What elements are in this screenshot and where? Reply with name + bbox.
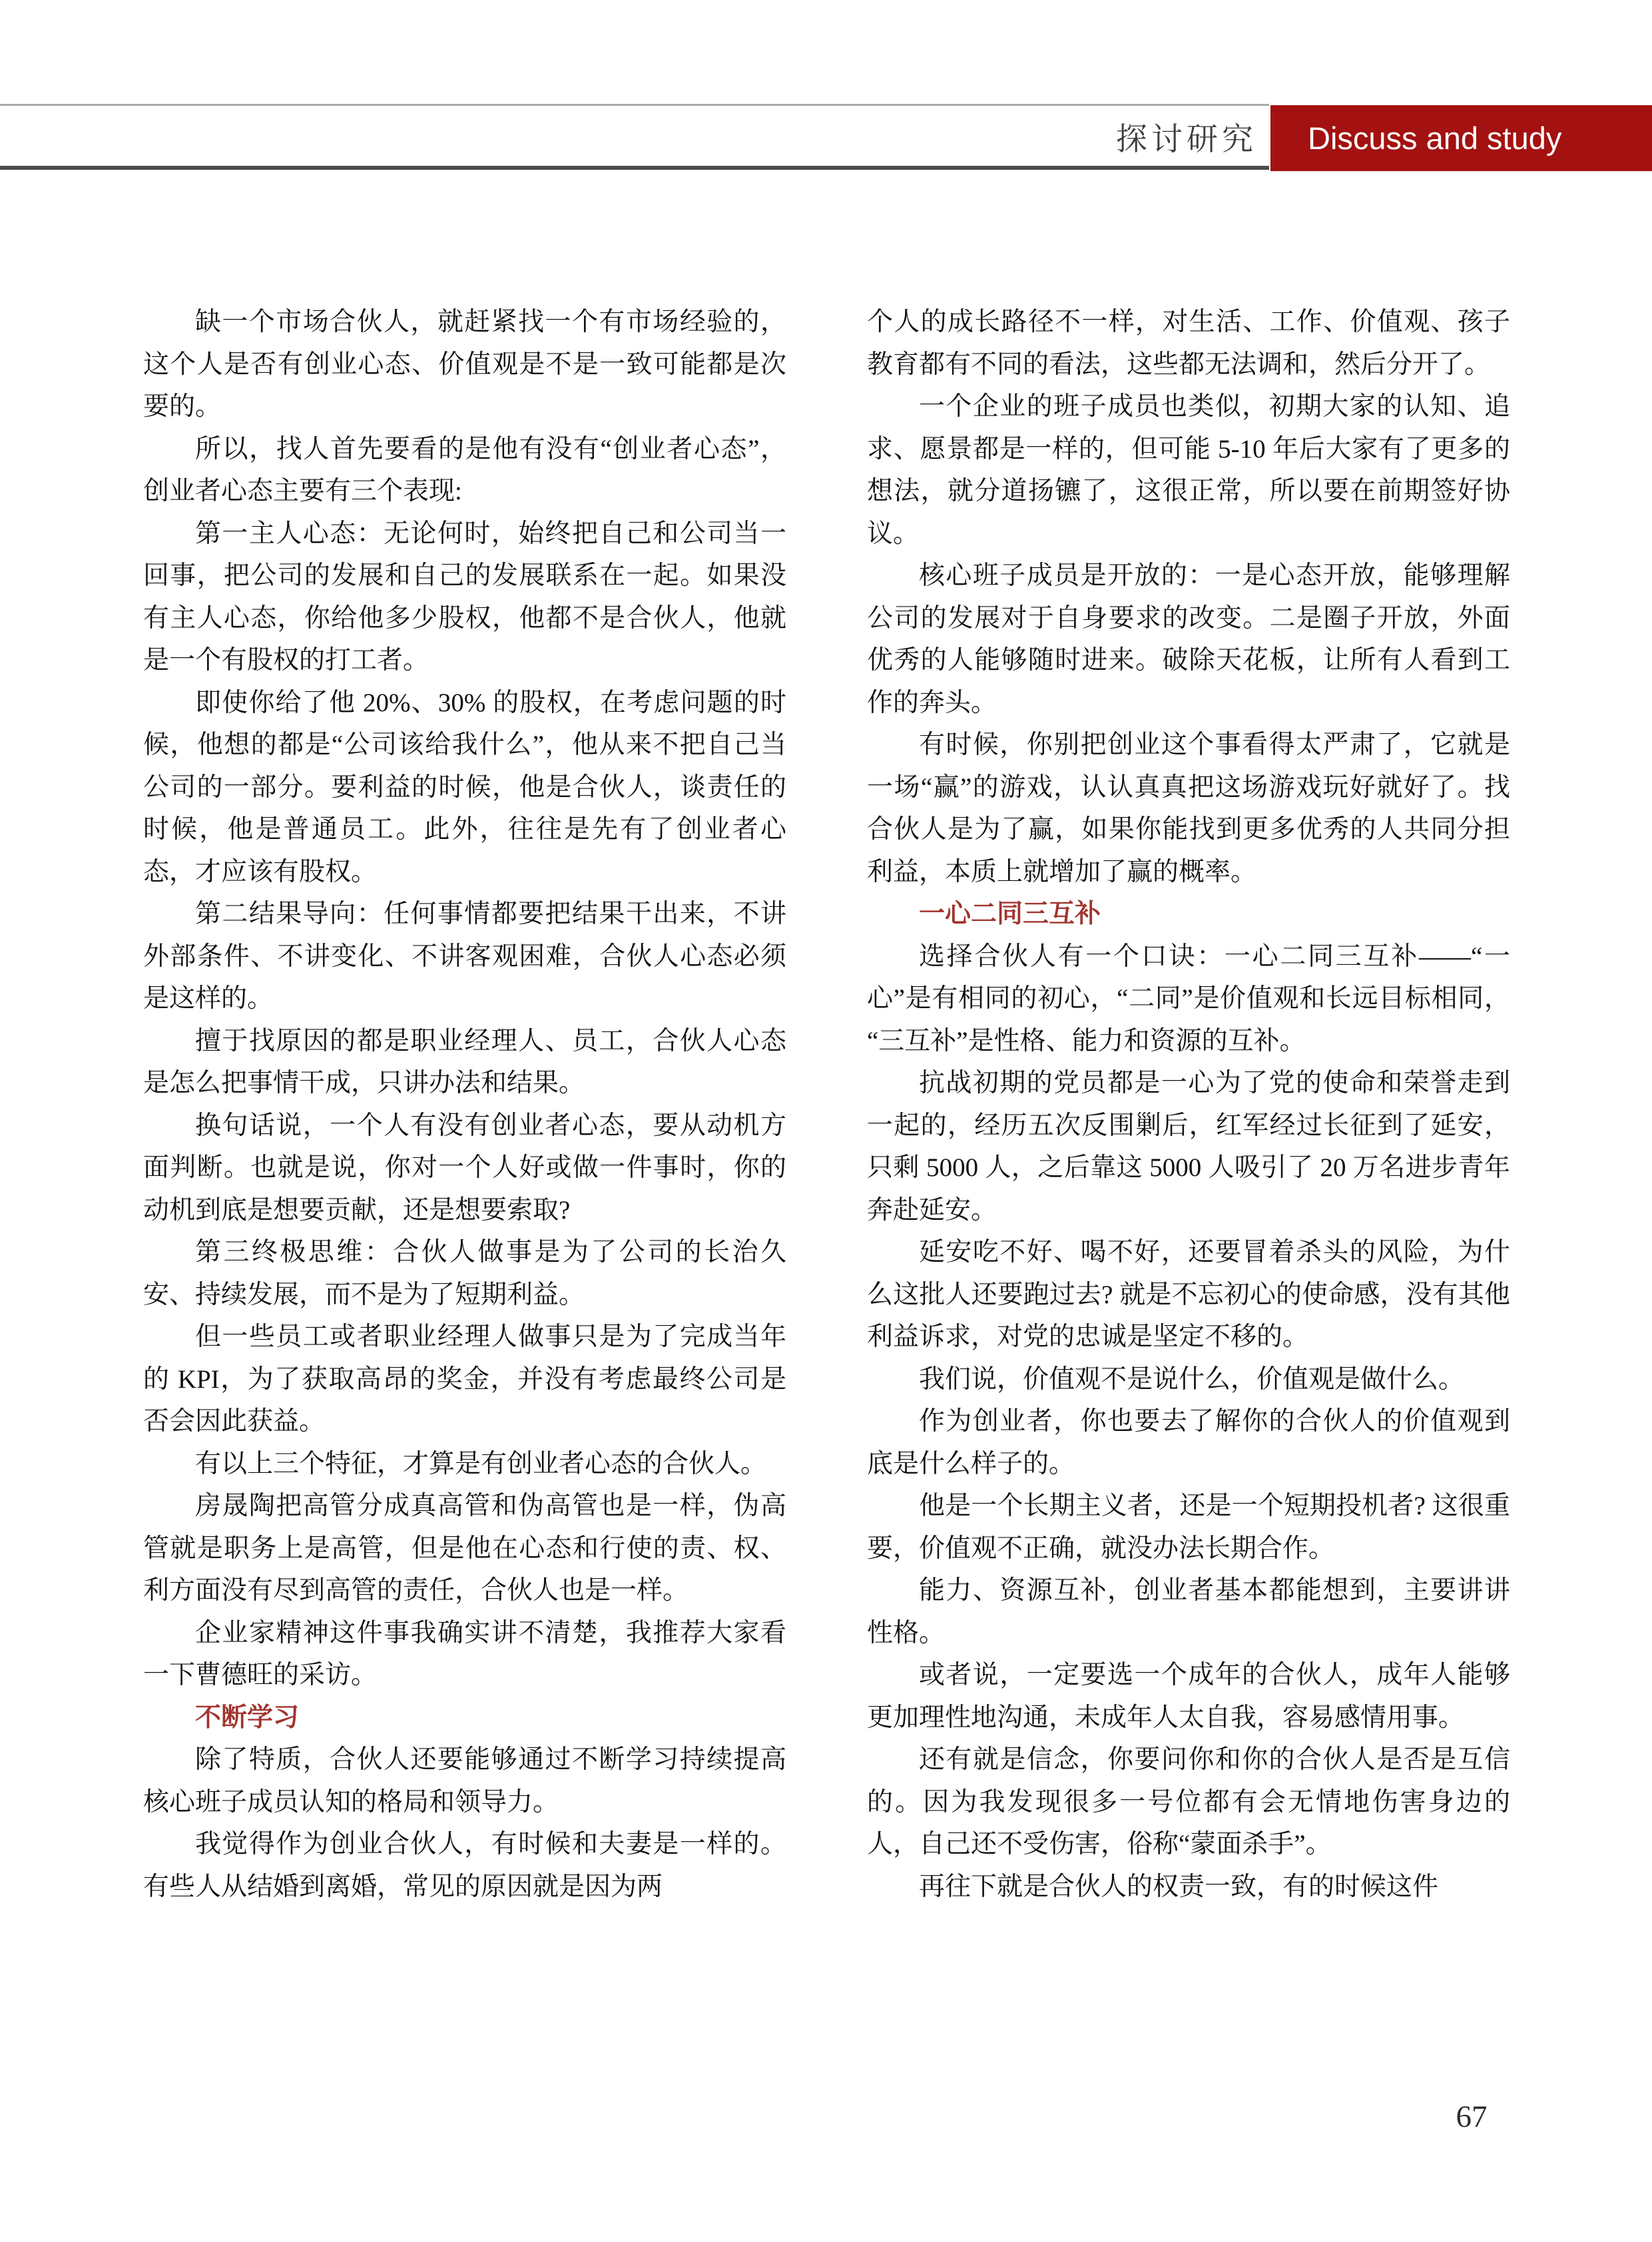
paragraph: 我觉得作为创业合伙人，有时候和夫妻是一样的。有些人从结婚到离婚，常见的原因就是因… — [143, 1823, 786, 1908]
paragraph: 抗战初期的党员都是一心为了党的使命和荣誉走到一起的，经历五次反围剿后，红军经过长… — [867, 1062, 1510, 1231]
paragraph: 缺一个市场合伙人，就赶紧找一个有市场经验的，这个人是否有创业心态、价值观是不是一… — [143, 301, 786, 428]
paragraph: 我们说，价值观不是说什么，价值观是做什么。 — [867, 1358, 1510, 1401]
paragraph: 所以，找人首先要看的是他有没有“创业者心态”，创业者心态主要有三个表现: — [143, 428, 786, 513]
paragraph: 但一些员工或者职业经理人做事只是为了完成当年的 KPI，为了获取高昂的奖金，并没… — [143, 1316, 786, 1443]
paragraph: 有以上三个特征，才算是有创业者心态的合伙人。 — [143, 1443, 786, 1486]
paragraph: 擅于找原因的都是职业经理人、员工，合伙人心态是怎么把事情干成，只讲办法和结果。 — [143, 1020, 786, 1105]
magazine-page: 探讨研究 Discuss and study 缺一个市场合伙人，就赶紧找一个有市… — [0, 0, 1652, 2242]
left-column: 缺一个市场合伙人，就赶紧找一个有市场经验的，这个人是否有创业心态、价值观是不是一… — [143, 301, 786, 1908]
section-title-chinese: 探讨研究 — [0, 105, 1257, 168]
paragraph: 第一主人心态：无论何时，始终把自己和公司当一回事，把公司的发展和自己的发展联系在… — [143, 513, 786, 682]
paragraph: 个人的成长路径不一样，对生活、工作、价值观、孩子教育都有不同的看法，这些都无法调… — [867, 301, 1510, 386]
paragraph: 企业家精神这件事我确实讲不清楚，我推荐大家看一下曹德旺的采访。 — [143, 1612, 786, 1697]
page-number: 67 — [1438, 2099, 1505, 2135]
paragraph: 作为创业者，你也要去了解你的合伙人的价值观到底是什么样子的。 — [867, 1400, 1510, 1485]
paragraph: 即使你给了他 20%、30% 的股权，在考虑问题的时候，他想的都是“公司该给我什… — [143, 682, 786, 894]
paragraph: 他是一个长期主义者，还是一个短期投机者? 这很重要，价值观不正确，就没办法长期合… — [867, 1485, 1510, 1569]
paragraph: 第三终极思维：合伙人做事是为了公司的长治久安、持续发展，而不是为了短期利益。 — [143, 1231, 786, 1316]
paragraph: 一个企业的班子成员也类似，初期大家的认知、追求、愿景都是一样的，但可能 5-10… — [867, 386, 1510, 555]
paragraph: 选择合伙人有一个口诀：一心二同三互补——“一心”是有相同的初心，“二同”是价值观… — [867, 936, 1510, 1063]
paragraph: 能力、资源互补，创业者基本都能想到，主要讲讲性格。 — [867, 1569, 1510, 1654]
paragraph: 还有就是信念，你要问你和你的合伙人是否是互信的。因为我发现很多一号位都有会无情地… — [867, 1739, 1510, 1866]
right-column: 个人的成长路径不一样，对生活、工作、价值观、孩子教育都有不同的看法，这些都无法调… — [867, 301, 1510, 1908]
paragraph: 除了特质，合伙人还要能够通过不断学习持续提高核心班子成员认知的格局和领导力。 — [143, 1739, 786, 1823]
paragraph: 延安吃不好、喝不好，还要冒着杀头的风险，为什么这批人还要跑过去? 就是不忘初心的… — [867, 1231, 1510, 1358]
paragraph: 或者说，一定要选一个成年的合伙人，成年人能够更加理性地沟通，未成年人太自我，容易… — [867, 1654, 1510, 1739]
paragraph: 再往下就是合伙人的权责一致，有的时候这件 — [867, 1866, 1510, 1908]
paragraph: 有时候，你别把创业这个事看得太严肃了，它就是一场“赢”的游戏，认认真真把这场游戏… — [867, 724, 1510, 893]
header-bottom-rule — [0, 166, 1269, 170]
paragraph: 核心班子成员是开放的：一是心态开放，能够理解公司的发展对于自身要求的改变。二是圈… — [867, 555, 1510, 724]
section-banner: Discuss and study — [1270, 105, 1652, 171]
paragraph: 房晟陶把高管分成真高管和伪高管也是一样，伪高管就是职务上是高管，但是他在心态和行… — [143, 1485, 786, 1612]
paragraph: 换句话说，一个人有没有创业者心态，要从动机方面判断。也就是说，你对一个人好或做一… — [143, 1105, 786, 1232]
section-heading: 一心二同三互补 — [867, 893, 1510, 936]
section-title-english: Discuss and study — [1308, 120, 1561, 156]
paragraph: 第二结果导向：任何事情都要把结果干出来，不讲外部条件、不讲变化、不讲客观困难，合… — [143, 893, 786, 1020]
article-body: 缺一个市场合伙人，就赶紧找一个有市场经验的，这个人是否有创业心态、价值观是不是一… — [143, 301, 1510, 1908]
section-heading: 不断学习 — [143, 1697, 786, 1739]
